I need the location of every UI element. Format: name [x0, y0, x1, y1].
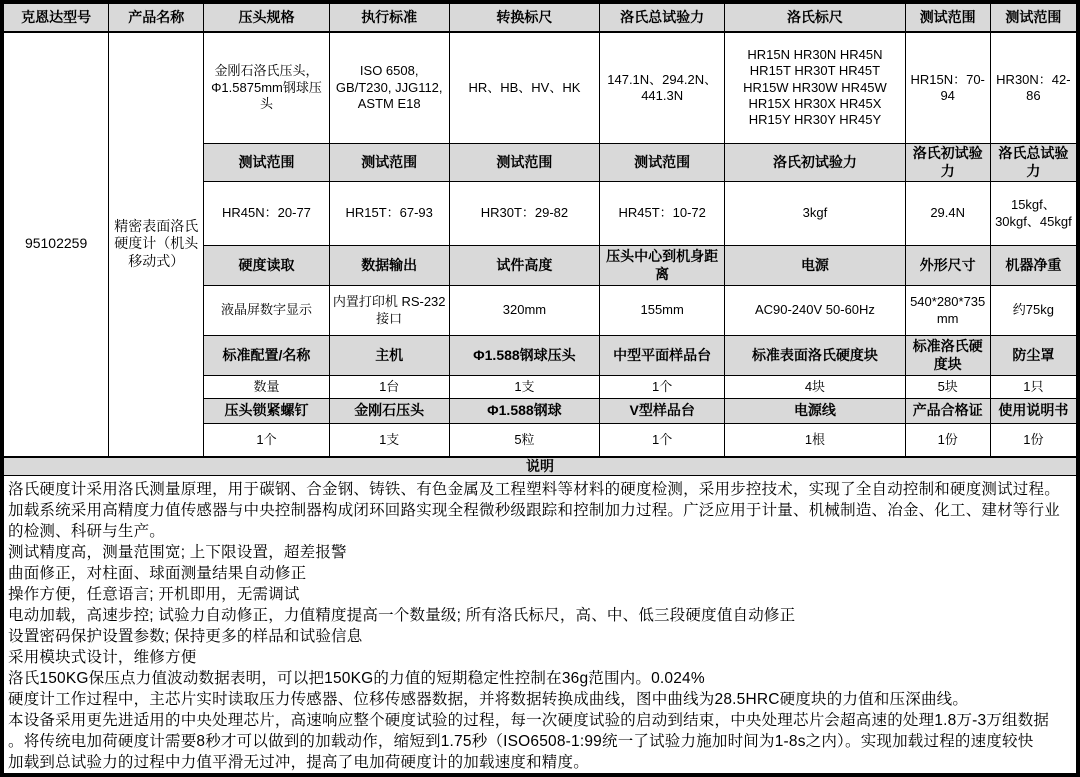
spec-cell: 540*280*735mm	[905, 286, 990, 336]
spec-cell: 320mm	[449, 286, 599, 336]
column-header-standard: 执行标准	[329, 4, 449, 32]
note-paragraph: 测试精度高，测量范围宽; 上下限设置，超差报警	[8, 542, 1071, 563]
subheader-cell: 测试范围	[329, 144, 449, 182]
subheader-cell: 数据输出	[329, 246, 449, 286]
subheader-cell: 压头锁紧螺钉	[204, 399, 329, 424]
spec-cell: 5块	[905, 376, 990, 399]
spec-cell: 15kgf、30kgf、45kgf	[990, 182, 1076, 246]
note-paragraph: 。将传统电加荷硬度计需要8秒才可以做到的加载动作，缩短到1.75秒（ISO650…	[8, 731, 1071, 752]
note-paragraph: 洛氏150KG保压点力值波动数据表明，可以把150KG的力值的短期稳定性控制在3…	[8, 668, 1071, 689]
spec-cell: 1个	[204, 424, 329, 457]
subheader-cell: 硬度读取	[204, 246, 329, 286]
spec-cell: 约75kg	[990, 286, 1076, 336]
spec-cell: 4块	[725, 376, 905, 399]
column-header-indenter: 压头规格	[204, 4, 329, 32]
subheader-cell: 标准洛氏硬度块	[905, 336, 990, 376]
subheader-cell: 主机	[329, 336, 449, 376]
subheader-cell: 机器净重	[990, 246, 1076, 286]
spec-cell: 金刚石洛氏压头，Φ1.5875mm钢球压头	[204, 32, 329, 144]
notes-body: 洛氏硬度计采用洛氏测量原理，用于碳钢、合金钢、铸铁、有色金属及工程塑料等材料的硬…	[4, 476, 1077, 774]
spec-cell: 内置打印机 RS-232接口	[329, 286, 449, 336]
spec-cell: 155mm	[600, 286, 725, 336]
spec-cell: 1份	[990, 424, 1076, 457]
note-paragraph: 采用模块式设计，维修方便	[8, 647, 1071, 668]
spec-cell: HR45T：10-72	[600, 182, 725, 246]
subheader-cell: 产品合格证	[905, 399, 990, 424]
spec-cell: 147.1N、294.2N、441.3N	[600, 32, 725, 144]
subheader-cell: 测试范围	[449, 144, 599, 182]
spec-cell: HR15N：70-94	[905, 32, 990, 144]
notes-body-row: 洛氏硬度计采用洛氏测量原理，用于碳钢、合金钢、铸铁、有色金属及工程塑料等材料的硬…	[4, 476, 1077, 774]
subheader-cell: 标准表面洛氏硬度块	[725, 336, 905, 376]
column-header-test-range-1: 测试范围	[905, 4, 990, 32]
subheader-cell: 洛氏初试验力	[725, 144, 905, 182]
note-paragraph: 硬度计工作过程中，主芯片实时读取压力传感器、位移传感器数据，并将数据转换成曲线，…	[8, 689, 1071, 710]
subheader-cell: 试件高度	[449, 246, 599, 286]
spec-cell: 1个	[600, 424, 725, 457]
subheader-cell: 使用说明书	[990, 399, 1076, 424]
subheader-cell: 测试范围	[600, 144, 725, 182]
subheader-cell: 防尘罩	[990, 336, 1076, 376]
spec-cell: 1个	[600, 376, 725, 399]
spec-cell: 1份	[905, 424, 990, 457]
spec-cell: HR45N：20-77	[204, 182, 329, 246]
subheader-cell: 压头中心到机身距离	[600, 246, 725, 286]
notes-title: 说明	[4, 457, 1077, 476]
subheader-cell: 外形尺寸	[905, 246, 990, 286]
subheader-cell: 标准配置/名称	[204, 336, 329, 376]
product-name-value: 精密表面洛氏硬度计（机头移动式）	[109, 32, 204, 457]
spec-cell: 29.4N	[905, 182, 990, 246]
spec-sheet: 克恩达型号 产品名称 压头规格 执行标准 转换标尺 洛氏总试验力 洛氏标尺 测试…	[0, 0, 1080, 777]
note-paragraph: 加载到总试验力的过程中力值平滑无过冲，提高了电加荷硬度计的加载速度和精度。	[8, 752, 1071, 773]
spec-cell: HR30T：29-82	[449, 182, 599, 246]
column-header-rockwell-scale: 洛氏标尺	[725, 4, 905, 32]
notes-header-row: 说明	[4, 457, 1077, 476]
subheader-cell: 洛氏总试验力	[990, 144, 1076, 182]
spec-cell: 1支	[329, 424, 449, 457]
subheader-cell: Φ1.588钢球压头	[449, 336, 599, 376]
spec-cell: ISO 6508, GB/T230, JJG112, ASTM E18	[329, 32, 449, 144]
spec-cell: HR15N HR30N HR45N HR15T HR30T HR45T HR15…	[725, 32, 905, 144]
note-paragraph: 设置密码保护设置参数; 保持更多的样品和试验信息	[8, 626, 1071, 647]
subheader-cell: 金刚石压头	[329, 399, 449, 424]
spec-cell: 3kgf	[725, 182, 905, 246]
column-header-model: 克恩达型号	[4, 4, 109, 32]
spec-cell: HR、HB、HV、HK	[449, 32, 599, 144]
subheader-cell: 电源线	[725, 399, 905, 424]
note-paragraph: 曲面修正，对柱面、球面测量结果自动修正	[8, 563, 1071, 584]
column-header-test-range-2: 测试范围	[990, 4, 1076, 32]
model-value: 95102259	[4, 32, 109, 457]
subheader-cell: 测试范围	[204, 144, 329, 182]
spec-table: 克恩达型号 产品名称 压头规格 执行标准 转换标尺 洛氏总试验力 洛氏标尺 测试…	[3, 3, 1077, 774]
spec-cell: 数量	[204, 376, 329, 399]
spec-cell: 液晶屏数字显示	[204, 286, 329, 336]
subheader-cell: V型样品台	[600, 399, 725, 424]
table-header-row: 克恩达型号 产品名称 压头规格 执行标准 转换标尺 洛氏总试验力 洛氏标尺 测试…	[4, 4, 1077, 32]
subheader-cell: 洛氏初试验力	[905, 144, 990, 182]
note-paragraph: 操作方便，任意语言; 开机即用，无需调试	[8, 584, 1071, 605]
column-header-scale-conversion: 转换标尺	[449, 4, 599, 32]
spec-cell: 1根	[725, 424, 905, 457]
column-header-total-force: 洛氏总试验力	[600, 4, 725, 32]
note-paragraph: 电动加载，高速步控; 试验力自动修正，力值精度提高一个数量级; 所有洛氏标尺，高…	[8, 605, 1071, 626]
spec-cell: 1只	[990, 376, 1076, 399]
spec-cell: AC90-240V 50-60Hz	[725, 286, 905, 336]
subheader-cell: 电源	[725, 246, 905, 286]
column-header-product: 产品名称	[109, 4, 204, 32]
subheader-cell: Φ1.588钢球	[449, 399, 599, 424]
note-paragraph: 洛氏硬度计采用洛氏测量原理，用于碳钢、合金钢、铸铁、有色金属及工程塑料等材料的硬…	[8, 479, 1071, 542]
spec-cell: 1支	[449, 376, 599, 399]
note-paragraph: 本设备采用更先进适用的中央处理芯片，高速响应整个硬度试验的过程，每一次硬度试验的…	[8, 710, 1071, 731]
spec-cell: HR30N：42-86	[990, 32, 1076, 144]
table-row: 95102259 精密表面洛氏硬度计（机头移动式） 金刚石洛氏压头，Φ1.587…	[4, 32, 1077, 144]
spec-cell: 5粒	[449, 424, 599, 457]
spec-cell: HR15T：67-93	[329, 182, 449, 246]
spec-cell: 1台	[329, 376, 449, 399]
subheader-cell: 中型平面样品台	[600, 336, 725, 376]
